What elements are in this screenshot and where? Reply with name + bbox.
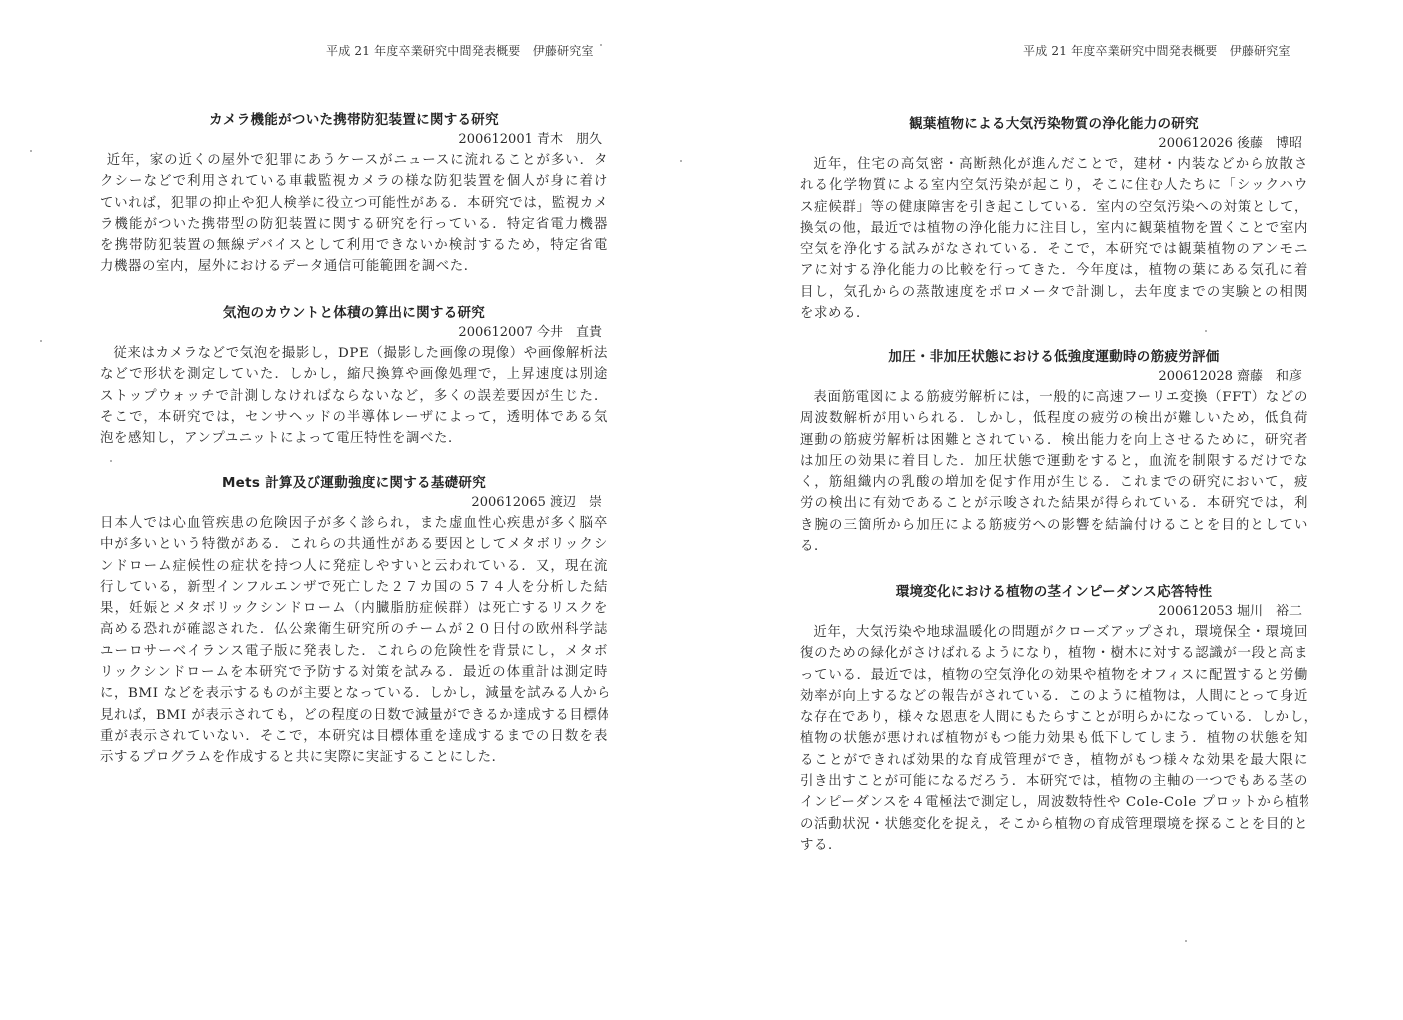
body-line: 従来はカメラなどで気泡を撮影し，DPE（撮影した画像の現像）や画像解析法 [100,343,608,364]
article-body: 日本人では心血管疾患の危険因子が多く診られ，また虚血性心疾患が多く脳卒 中が多い… [100,513,608,769]
article-body: 近年，住宅の高気密・高断熱化が進んだことで，建材・内装などから放散さ れる化学物… [800,154,1308,324]
article-body: 近年，家の近くの屋外で犯罪にあうケースがニュースに流れることが多い．タ クシーな… [100,150,608,278]
article-title: カメラ機能がついた携帯防犯装置に関する研究 [100,110,608,130]
body-line: ス症候群」等の健康障害を引き起こしている．室内の空気汚染への対策として， [800,197,1308,218]
body-line: 近年，大気汚染や地球温暖化の問題がクローズアップされ，環境保全・環境回 [800,622,1308,643]
body-line: っている．最近では，植物の空気浄化の効果や植物をオフィスに配置すると労働 [800,665,1308,686]
body-line: 労の検出に有効であることが示唆された結果が得られている．本研究では，利 [800,493,1308,514]
article-author: 200612026 後藤 博昭 [800,134,1308,154]
article-body: 表面筋電図による筋疲労解析には，一般的に高速フーリエ変換（FFT）などの 周波数… [800,387,1308,557]
scan-speck [110,460,112,462]
body-line: 表面筋電図による筋疲労解析には，一般的に高速フーリエ変換（FFT）などの [800,387,1308,408]
scan-speck [1185,940,1187,942]
body-line: 日本人では心血管疾患の危険因子が多く診られ，また虚血性心疾患が多く脳卒 [100,513,608,534]
body-line: ることができれば効果的な育成管理ができ，植物がもつ様々な効果を最大限に [800,750,1308,771]
body-line: リックシンドロームを本研究で予防する対策を試みる．最近の体重計は測定時 [100,662,608,683]
body-line: する． [800,835,1308,856]
article-bubble-counting: 気泡のカウントと体積の算出に関する研究 200612007 今井 直貴 従来はカ… [100,303,608,449]
body-line: 植物の状態が悪ければ植物がもつ能力効果も低下してしまう．植物の状態を知 [800,728,1308,749]
article-mets-calculation: Mets 計算及び運動強度に関する基礎研究 200612065 渡辺 崇 日本人… [100,473,608,769]
body-line: 中が多いという特徴がある．これらの共通性がある要因としてメタボリックシ [100,534,608,555]
scan-speck [40,340,42,342]
body-line: 重が表示されていない．そこで，本研究は目標体重を達成するまでの日数を表 [100,726,608,747]
body-line: を携帯防犯装置の無線デバイスとして利用できないか検討するため，特定省電 [100,235,608,256]
body-line: ストップウォッチで計測しなければならないなど，多くの誤差要因が生じた． [100,386,608,407]
body-line: 復のための緑化がさけばれるようになり，植物・樹木に対する認識が一段と高ま [800,643,1308,664]
body-line: インピーダンスを４電極法で測定し，周波数特性や Cole-Cole プロットから… [800,792,1308,813]
body-line: れる化学物質による室内空気汚染が起こり，そこに住む人たちに「シックハウ [800,175,1308,196]
body-line: アに対する浄化能力の比較を行ってきた．今年度は，植物の葉にある気孔に着 [800,260,1308,281]
body-line: 泡を感知し，アンプユニットによって電圧特性を調べた． [100,428,608,449]
article-author: 200612053 堀川 裕二 [800,602,1308,622]
body-line: ていれば，犯罪の抑止や犯人検挙に役立つ可能性がある．本研究では，監視カメ [100,193,608,214]
body-line: 運動の筋疲労解析は困難とされている．検出能力を向上させるために，研究者 [800,430,1308,451]
article-author: 200612065 渡辺 崇 [100,493,608,513]
article-plant-stem-impedance: 環境変化における植物の茎インピーダンス応答特性 200612053 堀川 裕二 … [800,582,1308,856]
running-header: 平成 21 年度卒業研究中間発表概要 伊藤研究室 [326,42,594,59]
body-line: な存在であり，様々な恩恵を人間にもたらすことが明らかになっている．しかし， [800,707,1308,728]
body-line: 効率が向上するなどの報告がされている．このように植物は，人間にとって身近 [800,686,1308,707]
article-author: 200612028 齋藤 和彦 [800,367,1308,387]
body-line: 近年，家の近くの屋外で犯罪にあうケースがニュースに流れることが多い．タ [100,150,608,171]
body-line: 果，妊娠とメタボリックシンドローム（内臓脂肪症候群）は死亡するリスクを [100,598,608,619]
right-page: 平成 21 年度卒業研究中間発表概要 伊藤研究室 観葉植物による大気汚染物質の浄… [700,0,1400,1020]
body-line: 高める恐れが確認された．仏公衆衛生研究所のチームが２０日付の欧州科学誌 [100,619,608,640]
article-title: 観葉植物による大気汚染物質の浄化能力の研究 [800,114,1308,134]
body-line: に，BMI などを表示するものが主要となっている．しかし，減量を試みる人から [100,683,608,704]
scan-speck [605,630,607,632]
article-title: 気泡のカウントと体積の算出に関する研究 [100,303,608,323]
body-line: ラ機能がついた携帯型の防犯装置に関する研究を行っている．特定省電力機器 [100,214,608,235]
article-foliage-plant-purification: 観葉植物による大気汚染物質の浄化能力の研究 200612026 後藤 博昭 近年… [800,114,1308,324]
body-line: そこで，本研究では，センサヘッドの半導体レーザによって，透明体である気 [100,407,608,428]
scan-speck [680,160,682,162]
body-line: の活動状況・状態変化を捉え，そこから植物の育成管理環境を探ることを目的と [800,814,1308,835]
article-title: 環境変化における植物の茎インピーダンス応答特性 [800,582,1308,602]
article-body: 従来はカメラなどで気泡を撮影し，DPE（撮影した画像の現像）や画像解析法 などで… [100,343,608,449]
body-line: ユーロサーベイランス電子版に発表した．これらの危険性を背景にし，メタボ [100,641,608,662]
running-header: 平成 21 年度卒業研究中間発表概要 伊藤研究室 [1023,42,1291,59]
article-camera-security-device: カメラ機能がついた携帯防犯装置に関する研究 200612001 青木 朋久 近年… [100,110,608,278]
body-line: 換気の他，最近では植物の浄化能力に注目し，室内に観葉植物を置くことで室内 [800,218,1308,239]
article-author: 200612001 青木 朋久 [100,130,608,150]
body-line: 力機器の室内，屋外におけるデータ通信可能範囲を調べた． [100,256,608,277]
body-line: などで形状を測定していた．しかし，縮尺換算や画像処理で，上昇速度は別途 [100,364,608,385]
body-line: る． [800,536,1308,557]
body-line: クシーなどで利用されている車載監視カメラの様な防犯装置を個人が身に着け [100,171,608,192]
article-author: 200612007 今井 直貴 [100,323,608,343]
scan-speck [600,44,602,46]
body-line: 近年，住宅の高気密・高断熱化が進んだことで，建材・内装などから放散さ [800,154,1308,175]
article-title: Mets 計算及び運動強度に関する基礎研究 [100,473,608,493]
body-line: を求める． [800,303,1308,324]
left-page: 平成 21 年度卒業研究中間発表概要 伊藤研究室 カメラ機能がついた携帯防犯装置… [0,0,700,1020]
scan-speck [1205,330,1207,332]
article-body: 近年，大気汚染や地球温暖化の問題がクローズアップされ，環境保全・環境回 復のため… [800,622,1308,856]
body-line: 周波数解析が用いられる．しかし，低程度の疲労の検出が難しいため，低負荷 [800,408,1308,429]
body-line: 示するプログラムを作成すると共に実際に実証することにした． [100,747,608,768]
body-line: 目し，気孔からの蒸散速度をポロメータで計測し，去年度までの実験との相関 [800,282,1308,303]
body-line: 引き出すことが可能になるだろう．本研究では，植物の主軸の一つでもある茎の [800,771,1308,792]
body-line: く，筋組織内の乳酸の増加を促す作用が生じる．これまでの研究において，疲 [800,472,1308,493]
body-line: 空気を浄化する試みがなされている．そこで，本研究では観葉植物のアンモニ [800,239,1308,260]
body-line: 行している，新型インフルエンザで死亡した２７カ国の５７４人を分析した結 [100,577,608,598]
body-line: き腕の三箇所から加圧による筋疲労への影響を結論付けることを目的としてい [800,515,1308,536]
article-muscle-fatigue-evaluation: 加圧・非加圧状態における低強度運動時の筋疲労評価 200612028 齋藤 和彦… [800,347,1308,557]
article-title: 加圧・非加圧状態における低強度運動時の筋疲労評価 [800,347,1308,367]
body-line: は加圧の効果に着目した．加圧状態で運動をすると，血流を制限するだけでな [800,451,1308,472]
body-line: 見れば，BMI が表示されても，どの程度の日数で減量ができるか達成する目標体 [100,705,608,726]
scan-speck [30,150,32,152]
body-line: ンドローム症候性の症状を持つ人に発症しやすいと云われている．又，現在流 [100,556,608,577]
